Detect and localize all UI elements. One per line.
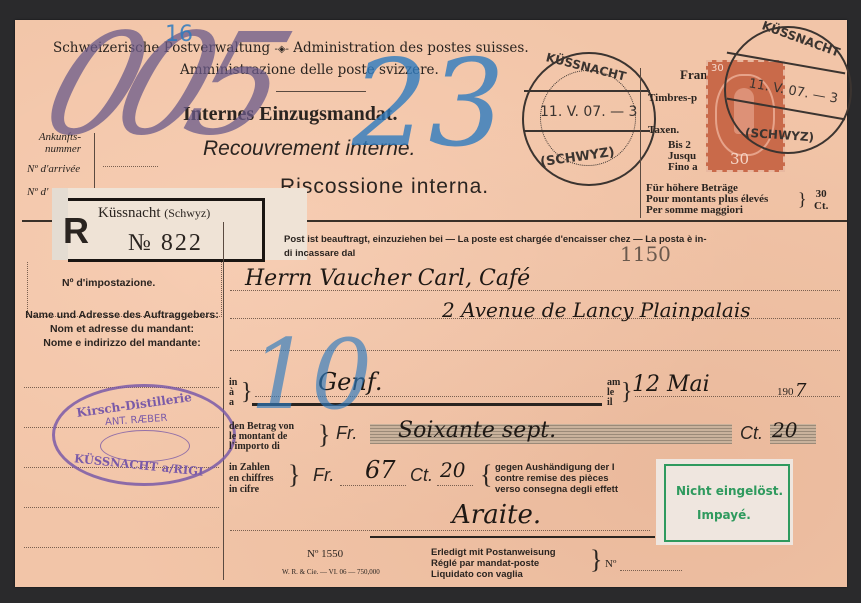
sender-line-5[interactable] [24,547,219,548]
against-it: verso consegna degli effett [495,484,618,495]
stamped-number: 1150 [620,242,671,266]
date-label: am le il [607,378,620,408]
date-year-suffix: 7 [795,380,806,401]
sender-labels: Name und Adresse des Auftraggebers: Nom … [24,308,220,350]
date-value: 12 Mai [632,372,710,397]
signature: Araite. [452,500,541,530]
franking-fino: Fino a [668,162,698,173]
franking-limit: Bis 2 Jusqu Fino a [668,140,698,173]
instruction-line-1: Post ist beauftragt, einzuziehen bei — L… [284,233,839,247]
settled-no-label: Nº [605,558,616,570]
franking-higher-value: 30 Ct. [814,188,828,212]
amount-figures-fr-value: 67 [365,456,396,484]
manuscript-blue-middle: 10 [250,320,372,430]
registration-r: R [63,210,89,252]
settled-fr: Réglé par mandat-poste [431,558,556,569]
amount-words-ct-label: Ct. [740,423,763,444]
amount-figures-brace: } [288,460,300,490]
against-de: gegen Aushändigung der I [495,462,618,473]
registration-number: № 822 [128,230,203,257]
registration-canton: (Schwyz) [164,206,210,220]
signature-field[interactable] [230,530,650,531]
place-it: a [229,398,237,408]
payee-address: 2 Avenue de Lancy Plainpalais [442,298,751,322]
amount-figures-label: in Zahlen en chiffres in cifre [229,462,274,495]
franking-brace: } [798,184,807,214]
settled-no-field[interactable] [620,570,682,571]
amount-words-it: l'importo di [229,442,294,452]
sender-line-4[interactable] [24,507,219,508]
franking-heading: Fran [680,67,707,83]
amount-figures-fr-field[interactable] [340,485,406,486]
stamp-value-corner: 30 [711,63,724,74]
against-brace: { [480,460,492,490]
unpaid-de: Nicht eingelöst. [676,484,783,498]
against-fr: contre remise des pièces [495,473,618,484]
higher-unit: Ct. [814,200,828,212]
amount-words-value: Soixante sept. [398,418,556,443]
franking-taxen: Taxen. [648,124,679,136]
postmark-date: 11. V. 07. — 3 [540,104,637,120]
settled-labels: Erledigt mit Postanweisung Réglé par man… [431,547,556,580]
deposit-it: Nº d'impostazione. [62,277,155,289]
manuscript-purple-number: 005 [29,16,288,156]
stamp-value-bottom: 30 [730,150,749,168]
amount-figures-ct-value: 20 [440,458,465,482]
registration-town: Küssnacht (Schwyz) [98,205,210,222]
higher-value: 30 [814,188,828,200]
date-it: il [607,398,620,408]
amount-words-ct-value: 20 [772,418,797,442]
place-label: in à a [229,378,237,408]
date-year-prefix: 190 [777,386,794,398]
amount-figures-it: in cifre [229,484,274,495]
registration-town-name: Küssnacht [98,205,161,221]
signature-underline [370,536,655,538]
amount-figures-ct-field[interactable] [437,485,473,486]
date-brace: } [621,378,633,406]
amount-figures-fr: en chiffres [229,473,274,484]
sender-fr: Nom et adresse du mandant: [24,322,220,336]
deposit-fr: Nº d' [27,186,48,198]
unpaid-label-frame [664,464,790,542]
printer-imprint: W. R. & Cie. — VI. 06 — 750,000 [282,566,380,578]
amount-figures-fr-label: Fr. [313,465,334,486]
franking-higher: Für höhere Beträge Pour montants plus él… [646,183,768,216]
sender-de: Name und Adresse des Auftraggebers: [24,308,220,322]
payee-name: Herrn Vaucher Carl, Café [245,266,530,291]
settled-brace: } [590,545,602,575]
amount-figures-de: in Zahlen [229,462,274,473]
manuscript-blue-center: 23 [352,40,505,170]
title-it: Riscossione interna. [280,175,489,199]
column-divider [223,222,224,580]
higher-it: Per somme maggiori [646,205,768,216]
amount-figures-ct-label: Ct. [410,465,433,486]
instruction-text: Post ist beauftragt, einzuziehen bei — L… [284,233,839,261]
form-number: Nº 1550 [307,548,343,560]
franking-divider [640,68,641,218]
settled-it: Liquidato con vaglia [431,569,556,580]
postmark-bar-bottom [524,130,650,132]
settled-de: Erledigt mit Postanweisung [431,547,556,558]
instruction-line-2: di incassare dal [284,247,839,261]
manuscript-blue-top: 16 [165,22,193,47]
sender-it: Nome e indirizzo del mandante: [24,336,220,350]
franking-timbres: Timbres-p [648,92,697,104]
postmark-bar-top [524,90,650,92]
against-delivery: gegen Aushändigung der I contre remise d… [495,462,618,495]
unpaid-fr: Impayé. [697,508,751,522]
